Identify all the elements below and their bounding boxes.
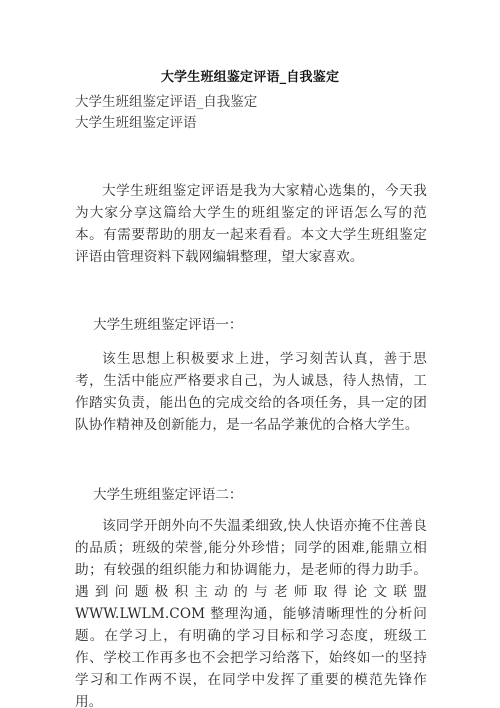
section-heading-1: 大学生班组鉴定评语一：	[75, 313, 243, 333]
subtitle-line-2: 大学生班组鉴定评语	[75, 111, 197, 131]
section-body-1: 该生思想上积极要求上进，学习刻苦认真，善于思考，生活中能应严格要求自己，为人诚恳…	[75, 348, 427, 436]
document-page: 大学生班组鉴定评语_自我鉴定 大学生班组鉴定评语_自我鉴定 大学生班组鉴定评语 …	[0, 0, 500, 708]
document-title: 大学生班组鉴定评语_自我鉴定	[0, 66, 500, 85]
section-heading-2: 大学生班组鉴定评语二：	[75, 483, 243, 503]
intro-paragraph: 大学生班组鉴定评语是我为大家精心选集的，今天我为大家分享这篇给大学生的班组鉴定的…	[75, 180, 427, 268]
section-body-2: 该同学开朗外向不失温柔细致,快人快语亦掩不住善良的品质；班级的荣誉,能分外珍惜；…	[75, 515, 427, 708]
subtitle-line-1: 大学生班组鉴定评语_自我鉴定	[75, 90, 257, 110]
